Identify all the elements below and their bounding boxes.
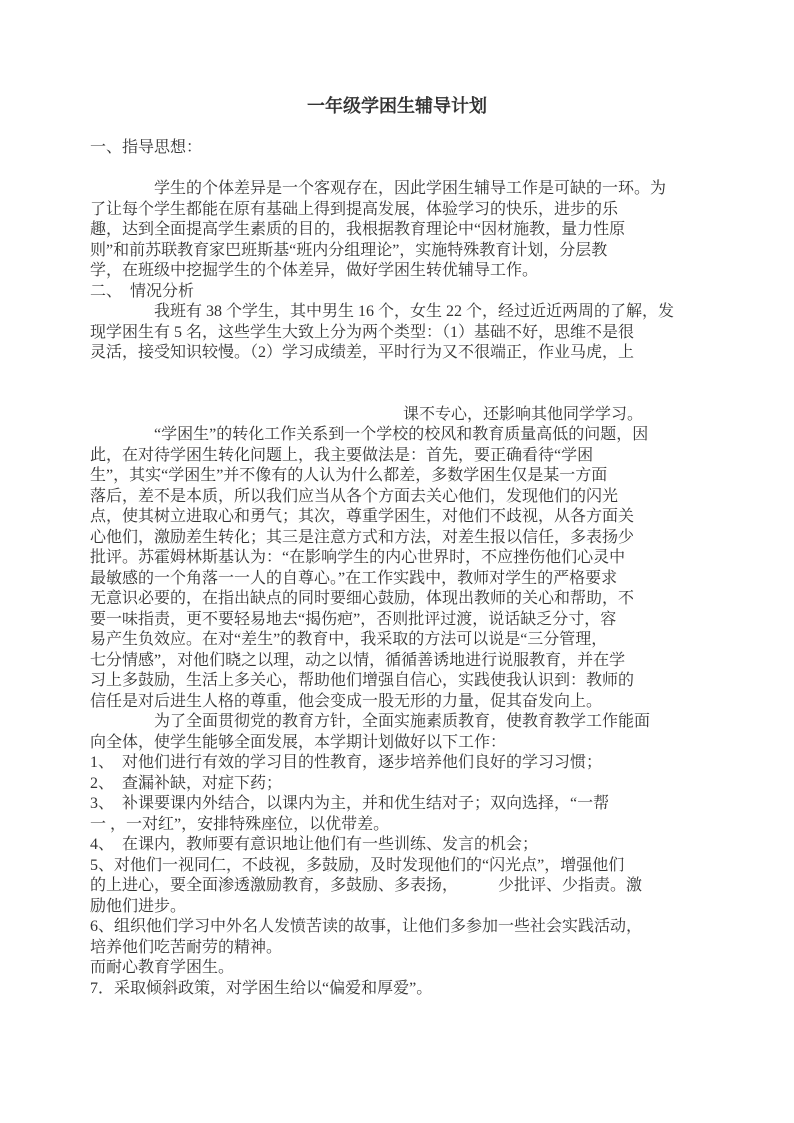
text-line: 信任是对后进生人格的尊重，他会变成一股无形的力量，促其奋发向上。 — [90, 692, 704, 713]
text-line: 培养他们吃苦耐劳的精神。 — [90, 938, 704, 959]
text-line: 最敏感的一个角落一一人的自尊心。”在工作实践中，教师对学生的严格要求 — [90, 569, 704, 590]
text-line: 点，使其树立进取心和勇气；其次，尊重学困生，对他们不歧视，从各方面关 — [90, 507, 704, 528]
text-line: 为了全面贯彻党的教育方针，全面实施素质教育，使教育教学工作能面 — [90, 712, 704, 733]
blank-line — [90, 364, 704, 385]
text-line: 2、 查漏补缺，对症下药； — [90, 774, 704, 795]
text-line: 6、组织他们学习中外名人发愤苦读的故事，让他们多参加一些社会实践活动， — [90, 917, 704, 938]
blank-line — [90, 384, 704, 405]
text-line: 一 ，一对红”，安排特殊座位，以优带差。 — [90, 815, 704, 836]
text-line: 了让每个学生都能在原有基础上得到提高发展，体验学习的快乐，进步的乐 — [90, 200, 704, 221]
text-line: 则”和前苏联教育家巴班斯基“班内分组理论”，实施特殊教育计划，分层教 — [90, 241, 704, 262]
text-line: 我班有 38 个学生，其中男生 16 个，女生 22 个，经过近近两周的了解，发 — [90, 302, 704, 323]
text-line: 1、 对他们进行有效的学习目的性教育，逐步培养他们良好的学习习惯； — [90, 753, 704, 774]
text-line: 要一味指责，更不要轻易地去“揭伤疤”，否则批评过渡，说话缺乏分寸，容 — [90, 610, 704, 631]
text-line: 批评。苏霍姆林斯基认为：“在影响学生的内心世界时，不应挫伤他们心灵中 — [90, 548, 704, 569]
document-title: 一年级学困生辅导计划 — [90, 94, 704, 118]
blank-line — [90, 159, 704, 180]
text-line: 灵活，接受知识较慢。（2）学习成绩差，平时行为又不很端正，作业马虎，上 — [90, 343, 704, 364]
text-line: 3、 补课要课内外结合，以课内为主，并和优生结对子；双向选择，“一帮 — [90, 794, 704, 815]
document-page: 一年级学困生辅导计划 一、指导思想： 学生的个体差异是一个客观存在，因此学困生辅… — [0, 0, 794, 1123]
text-line: “学困生”的转化工作关系到一个学校的校风和教育质量高低的问题，因 — [90, 425, 704, 446]
text-line: 励他们进步。 — [90, 897, 704, 918]
text-line: 生”，其实“学困生”并不像有的人认为什么都差，多数学困生仅是某一方面 — [90, 466, 704, 487]
text-line: 5、对他们一视同仁，不歧视，多鼓励，及时发现他们的“闪光点”，增强他们 — [90, 856, 704, 877]
text-line: 学，在班级中挖掘学生的个体差异，做好学困生转优辅导工作。 — [90, 261, 704, 282]
text-line: 现学困生有 5 名，这些学生大致上分为两个类型：（1）基础不好，思维不是很 — [90, 323, 704, 344]
text-line: 7．采取倾斜政策，对学困生给以“偏爱和厚爱”。 — [90, 979, 704, 1000]
text-line: 课不专心，还影响其他同学学习。 — [90, 405, 704, 426]
text-line: 趣，达到全面提高学生素质的目的，我根据教育理论中“因材施教，量力性原 — [90, 220, 704, 241]
text-line: 而耐心教育学困生。 — [90, 958, 704, 979]
document-body: 一、指导思想： 学生的个体差异是一个客观存在，因此学困生辅导工作是可缺的一环。为… — [90, 138, 704, 999]
text-line: 一、指导思想： — [90, 138, 704, 159]
text-line: 的上进心，要全面渗透激励教育，多鼓励、多表扬， 少批评、少指责。激 — [90, 876, 704, 897]
text-line: 此，在对待学困生转化问题上，我主要做法是：首先，要正确看待“学困 — [90, 446, 704, 467]
text-line: 心他们，激励差生转化；其三是注意方式和方法，对差生报以信任，多表扬少 — [90, 528, 704, 549]
text-line: 七分情感”，对他们晓之以理，动之以情，循循善诱地进行说服教育，并在学 — [90, 651, 704, 672]
text-line: 习上多鼓励，生活上多关心，帮助他们增强自信心，实践使我认识到：教师的 — [90, 671, 704, 692]
text-line: 无意识必要的，在指出缺点的同时要细心鼓励，体现出教师的关心和帮助，不 — [90, 589, 704, 610]
text-line: 落后，差不是本质，所以我们应当从各个方面去关心他们，发现他们的闪光 — [90, 487, 704, 508]
text-line: 二、 情况分析 — [90, 282, 704, 303]
text-line: 向全体，使学生能够全面发展，本学期计划做好以下工作： — [90, 733, 704, 754]
text-line: 学生的个体差异是一个客观存在，因此学困生辅导工作是可缺的一环。为 — [90, 179, 704, 200]
text-line: 易产生负效应。在对“差生”的教育中，我采取的方法可以说是“三分管理， — [90, 630, 704, 651]
text-line: 4、 在课内，教师要有意识地让他们有一些训练、发言的机会； — [90, 835, 704, 856]
